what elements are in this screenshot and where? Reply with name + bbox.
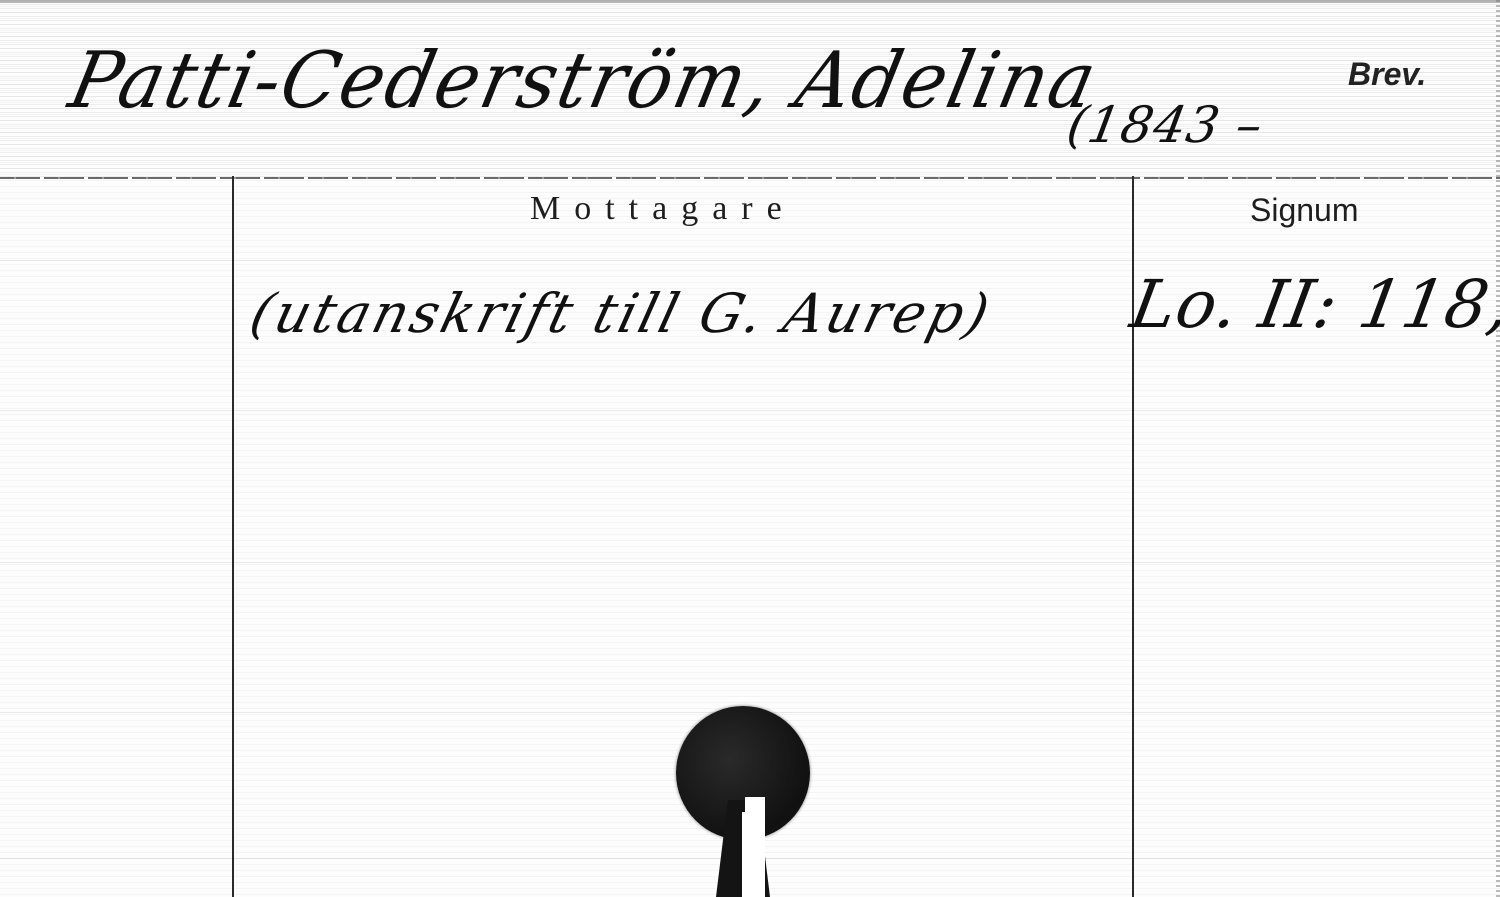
- faint-rule: [0, 562, 1500, 563]
- category-label: Brev.: [1348, 56, 1426, 93]
- punch-hole-slot-gap: [742, 812, 748, 897]
- card-right-edge: [1496, 0, 1500, 897]
- faint-rule: [0, 410, 1500, 411]
- column-header-mottagare: Mottagare: [530, 190, 796, 228]
- catalog-card: Patti-Cederström, Adelina (1843 – Brev. …: [0, 0, 1500, 897]
- column-header-signum: Signum: [1250, 192, 1359, 229]
- card-top-edge: [0, 0, 1500, 3]
- heading-name: Patti-Cederström, Adelina: [62, 36, 1105, 126]
- recipient-value: (utanskrift till G. Aurep): [244, 282, 998, 345]
- heading-dates: (1843 –: [1063, 96, 1268, 154]
- header-divider-line: [0, 177, 1500, 179]
- punch-hole-slot-gap: [745, 797, 765, 897]
- right-column-rule: [1132, 176, 1134, 897]
- signum-value: Lo. II: 118, 1.: [1125, 266, 1500, 343]
- faint-rule: [0, 260, 1500, 261]
- left-column-rule: [232, 176, 234, 897]
